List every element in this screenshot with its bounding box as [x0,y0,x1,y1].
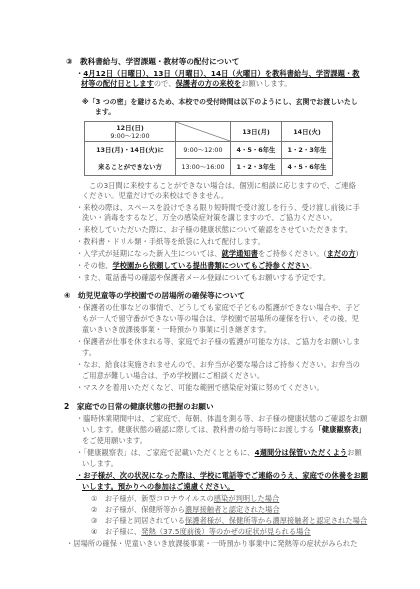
row-label-line-2: 来ることができない方 [85,159,176,176]
bullet-other-documents: ・その他、学校園から依頼している提出書類についてもご持参ください。 [76,261,316,271]
distribution-dates-line: ・4月12日（日曜日）、13日（月曜日）、14日（火曜日）を教科書給与、学習課題… [76,69,360,79]
enrollment-notice: 就学通知書 [222,249,258,258]
health-check-line-1: ・臨時休業期間中は、ご家庭で、毎朝、体温を測る等、お子様の健康状態のご確認をお願 [76,414,367,424]
note-line-2: ます。 [95,107,115,117]
after-table-line-1: この3日間に来校することができない場合は、個別に相談に応じますので、ご連絡 [89,181,356,191]
section-4-heading: ④ 幼児児童等の学校園での居場所の確保等について [64,291,245,301]
section-2-heading: 2 家庭での日常の健康状態の把握のお願い [64,402,214,412]
tuesday-afternoon-grades: 4・5・6年生 [282,159,333,176]
rest-at-home-line-2: いします。預かりへの参加はご遠慮ください。 [82,482,234,492]
section-4-line: ・マスクを着用いただくなど、可能な範囲で感染症対策に努めてください。 [76,383,324,393]
section-4-line: 童いきいき放課後事業・一時預かり事業に引き継ぎます。 [82,325,271,335]
table-header-tuesday: 14日(火) [282,122,333,142]
distribution-dates: 4月12日（日曜日）、13日（月曜日）、14日（火曜日）を教科書給与、学習課題・… [83,69,359,78]
section-4-line: ご用意が難しい場合は、予め学校園にご相談ください。 [82,371,264,381]
row-label-line-1: 13日(月)・14日(火)に [85,142,176,159]
tuesday-morning-grades: 1・2・3年生 [282,142,333,159]
section-4-line: す。 [82,348,96,358]
condition-item: ② お子様が、保健所等から濃厚接触者と認定された場合 [91,505,280,515]
bullet-new-students: ・入学式が延期になった新入生については、就学通知書をご持参ください。(まだの方) [76,249,359,259]
section-3-heading: ③ 教科書給与、学習課題・教材等の配付について [66,57,239,67]
condition-item: ④ お子様に、発熱（37.5度前後）等のかぜの症状が見られる場合 [91,527,311,537]
reception-schedule-table: 12日(日) 9:00～12:00 13日(月) 14日(火) 13日(月)・1… [84,121,333,176]
last-line: ・居場所の確保・児童いきいき放課後事業・一時預かり事業中に発熱等の症状がみられた [66,539,358,549]
condition-item: ③ お子様と同居されている保護者様が、保健所等から濃厚接触者と認定された場合 [91,516,367,526]
bullet-textbooks: ・教科書・ドリル類・手紙等を紙袋に入れて配付します。 [76,237,265,247]
section-4-line: もが一人で留守番ができない等の場合は、学校園で居場所の確保を行い、その後、児 [82,314,359,324]
table-header-diagonal [176,122,231,142]
health-observation-sheet: 「健康観察表」 [315,425,366,434]
bullet-visit-1: ・来校の際は、スペースを設けできる限り短時間で受け渡しを行う、受け渡し前後に手 [76,203,360,213]
distribution-dates-line-2: 材等の配付日としますので、保護者の方の来校をお願いします。 [81,79,292,89]
time-slot-morning: 9:00～12:00 [176,142,231,159]
bullet-health-check: ・来校していただいた際に、お子様の健康状態について確認をさせていただきます。 [76,225,352,235]
table-header-monday: 13日(月) [231,122,282,142]
keep-record-line-1: ・「健康観察表」は、ご家庭で記載いただくとともに、4週間分は保管いただくようお願 [76,448,362,458]
document-page: ③ 教科書給与、学習課題・教材等の配付について ・4月12日（日曜日）、13日（… [0,0,420,589]
bullet-visit-2: 洗い・消毒をするなど、万全の感染症対策を講じますので、ご協力ください。 [82,213,337,223]
after-table-line-2: ください。児童だけでの来校はできません。 [82,191,228,201]
bullet-phone-email: ・また、電話番号の確認や保護者メール登録についてもお願いする予定です。 [76,273,330,283]
section-4-line: ・なお、給食は実施されませんので、お弁当が必要な場合はご持参ください。お弁当の [76,360,360,370]
table-header-sunday: 12日(日) 9:00～12:00 [85,122,176,142]
time-slot-afternoon: 13:00～16:00 [176,159,231,176]
rest-at-home-line-1: ・お子様が、次の状況になった際は、学校に電話等でご連絡のうえ、家庭での休養をお願 [76,471,368,481]
section-4-line: ・保護者が仕事を休まれる等、家庭でお子様の監護が可能な方は、ご協力をお願いしま [76,337,360,347]
health-check-line-3: をご使用願います。 [82,436,147,446]
keep-record-line-2: いします。 [82,459,118,469]
monday-morning-grades: 4・5・6年生 [231,142,282,159]
health-check-line-2: いします。健康状態の確認に際しては、教科書の給与等時にお渡しする「健康観察表」 [82,425,366,435]
monday-afternoon-grades: 1・2・3年生 [231,159,282,176]
note-line-1: ※「3 つの密」を避けるため、本校での受付時間は以下のようにし、玄関でお渡しいた… [82,97,358,107]
section-4-line: ・保護者の仕事などの事情で、どうしても家庭で子どもの監護ができない場合や、子ど [76,303,360,313]
condition-item: ① お子様が、新型コロナウイルスの感染が判明した場合 [91,494,279,504]
